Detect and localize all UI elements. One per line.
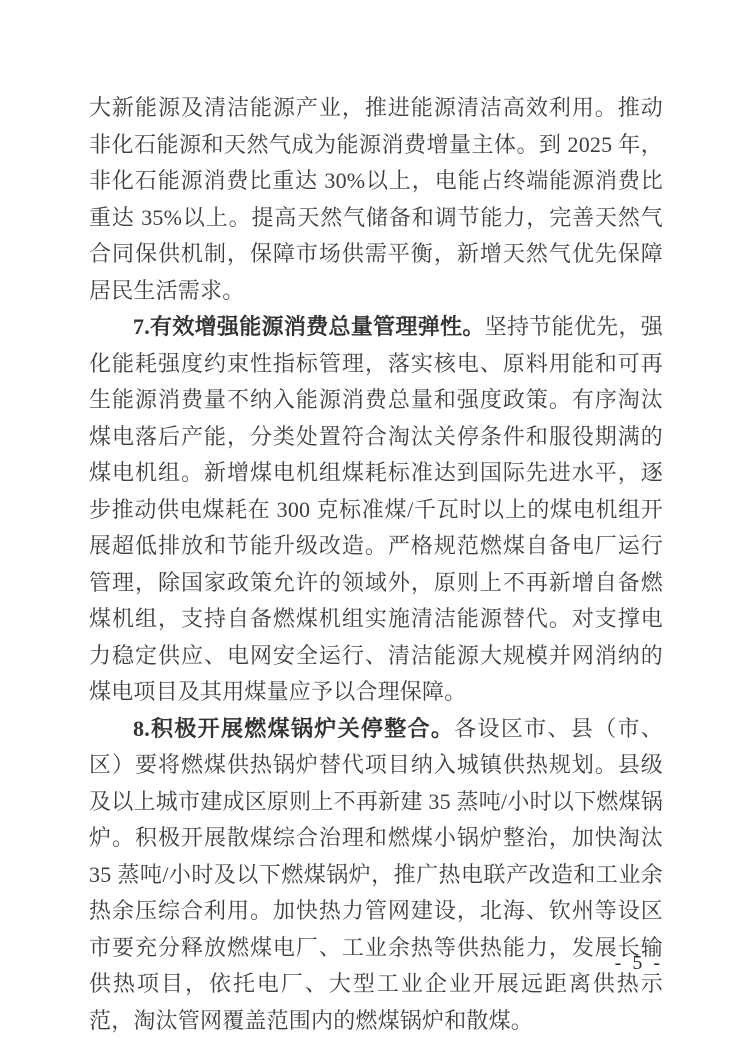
paragraph: 大新能源及清洁能源产业，推进能源清洁高效利用。推动非化石能源和天然气成为能源消费… (89, 90, 663, 309)
paragraph: 8.积极开展燃煤锅炉关停整合。各设区市、县（市、区）要将燃煤供热锅炉替代项目纳入… (89, 711, 663, 1040)
paragraph: 7.有效增强能源消费总量管理弹性。坚持节能优先，强化能耗强度约束性指标管理，落实… (89, 309, 663, 711)
page-number: - 5 - (89, 950, 663, 976)
document-body: 大新能源及清洁能源产业，推进能源清洁高效利用。推动非化石能源和天然气成为能源消费… (89, 90, 663, 1039)
paragraph-heading: 7.有效增强能源消费总量管理弹性。 (133, 314, 485, 339)
paragraph-text: 坚持节能优先，强化能耗强度约束性指标管理，落实核电、原料用能和可再生能源消费量不… (89, 314, 663, 704)
paragraph-text: 大新能源及清洁能源产业，推进能源清洁高效利用。推动非化石能源和天然气成为能源消费… (89, 95, 663, 303)
document-page: 大新能源及清洁能源产业，推进能源清洁高效利用。推动非化石能源和天然气成为能源消费… (0, 0, 744, 1052)
paragraph-text: 各设区市、县（市、区）要将燃煤供热锅炉替代项目纳入城镇供热规划。县级及以上城市建… (89, 716, 663, 1033)
paragraph-heading: 8.积极开展燃煤锅炉关停整合。 (133, 716, 454, 741)
